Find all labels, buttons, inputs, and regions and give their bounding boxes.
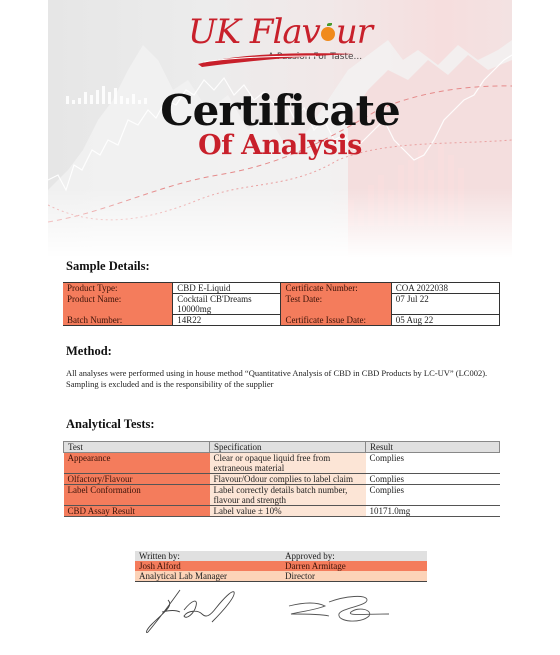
certificate-issue-date-value: 05 Aug 22 bbox=[391, 315, 499, 326]
method-sampling-note: Sampling is excluded and is the responsi… bbox=[66, 379, 506, 390]
table-header-row: Test Specification Result bbox=[64, 442, 500, 453]
approved-by-label: Approved by: bbox=[281, 551, 427, 561]
logo-swoosh-icon bbox=[196, 50, 356, 68]
brand-text-suffix: ur bbox=[336, 12, 372, 52]
product-name-label: Product Name: bbox=[63, 294, 173, 315]
brand-wordmark: UK Flavur bbox=[0, 12, 560, 52]
page-subtitle: Of Analysis bbox=[0, 130, 560, 161]
batch-number-label: Batch Number: bbox=[63, 315, 173, 326]
table-row: Product Type: CBD E-Liquid Certificate N… bbox=[63, 283, 500, 294]
approver-signature bbox=[285, 592, 395, 626]
test-specification: Flavour/Odour complies to label claim bbox=[210, 474, 366, 485]
product-type-value: CBD E-Liquid bbox=[173, 283, 281, 294]
writer-signature bbox=[140, 586, 250, 636]
analytical-tests-heading: Analytical Tests: bbox=[66, 417, 155, 432]
test-name: Appearance bbox=[64, 453, 210, 474]
test-date-value: 07 Jul 22 bbox=[391, 294, 499, 315]
analytical-tests-table: Test Specification Result Appearance Cle… bbox=[63, 441, 500, 517]
test-result: Complies bbox=[366, 474, 500, 485]
table-row: Olfactory/Flavour Flavour/Odour complies… bbox=[64, 474, 500, 485]
orange-fruit-icon bbox=[321, 27, 335, 41]
column-header-specification: Specification bbox=[210, 442, 366, 453]
method-heading: Method: bbox=[66, 344, 112, 359]
table-row: Appearance Clear or opaque liquid free f… bbox=[64, 453, 500, 474]
test-specification: Label value ± 10% bbox=[210, 506, 366, 517]
table-row: Batch Number: 14R22 Certificate Issue Da… bbox=[63, 315, 500, 326]
sample-details-table: Product Type: CBD E-Liquid Certificate N… bbox=[63, 282, 500, 326]
table-row: Label Conformation Label correctly detai… bbox=[64, 485, 500, 506]
writer-name: Josh Alford bbox=[135, 561, 281, 571]
column-header-result: Result bbox=[366, 442, 500, 453]
test-result: 10171.0mg bbox=[366, 506, 500, 517]
test-name: Olfactory/Flavour bbox=[64, 474, 210, 485]
test-specification: Label correctly details batch number, fl… bbox=[210, 485, 366, 506]
sample-details-heading: Sample Details: bbox=[66, 259, 150, 274]
writer-role: Analytical Lab Manager bbox=[135, 571, 281, 582]
test-name: Label Conformation bbox=[64, 485, 210, 506]
brand-text-prefix: UK Flav bbox=[188, 12, 320, 52]
table-row: Analytical Lab Manager Director bbox=[135, 571, 427, 582]
column-header-test: Test bbox=[64, 442, 210, 453]
table-row: CBD Assay Result Label value ± 10% 10171… bbox=[64, 506, 500, 517]
certificate-number-label: Certificate Number: bbox=[281, 283, 391, 294]
test-date-label: Test Date: bbox=[281, 294, 391, 315]
test-name: CBD Assay Result bbox=[64, 506, 210, 517]
signoff-table: Written by: Approved by: Josh Alford Dar… bbox=[135, 551, 427, 582]
approver-name: Darren Armitage bbox=[281, 561, 427, 571]
product-name-value: Cocktail CB'Dreams 10000mg bbox=[173, 294, 281, 315]
written-by-label: Written by: bbox=[135, 551, 281, 561]
table-row: Josh Alford Darren Armitage bbox=[135, 561, 427, 571]
table-row: Product Name: Cocktail CB'Dreams 10000mg… bbox=[63, 294, 500, 315]
approver-role: Director bbox=[281, 571, 427, 582]
certificate-issue-date-label: Certificate Issue Date: bbox=[281, 315, 391, 326]
method-text: All analyses were performed using in hou… bbox=[66, 368, 506, 389]
product-type-label: Product Type: bbox=[63, 283, 173, 294]
table-header-row: Written by: Approved by: bbox=[135, 551, 427, 561]
test-result: Complies bbox=[366, 485, 500, 506]
page-title: Certificate bbox=[0, 86, 560, 135]
batch-number-value: 14R22 bbox=[173, 315, 281, 326]
test-specification: Clear or opaque liquid free from extrane… bbox=[210, 453, 366, 474]
certificate-number-value: COA 2022038 bbox=[391, 283, 499, 294]
test-result: Complies bbox=[366, 453, 500, 474]
method-description: All analyses were performed using in hou… bbox=[66, 368, 506, 379]
